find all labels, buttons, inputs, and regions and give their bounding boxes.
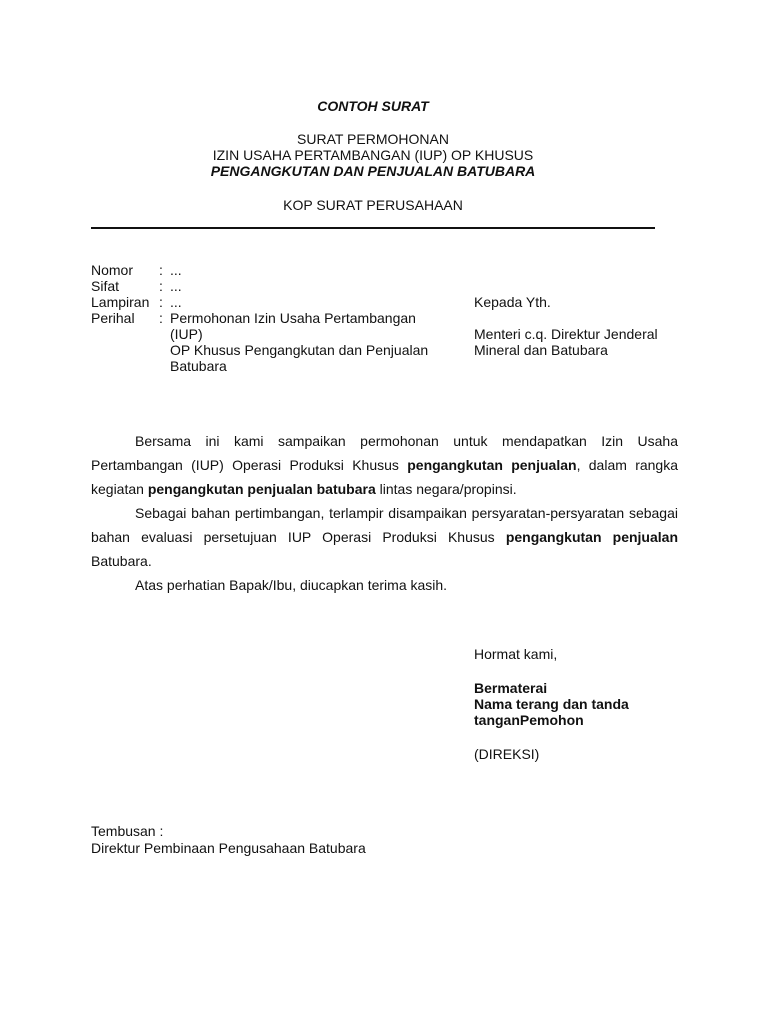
recipient-line-1: Menteri c.q. Direktur Jenderal [474,326,658,342]
meta-colon: : [159,294,170,310]
body-emphasis: pengangkutan penjualan [506,529,678,545]
letter-body: Bersama ini kami sampaikan permohonan un… [91,429,678,597]
title-line-2: IZIN USAHA PERTAMBANGAN (IUP) OP KHUSUS [91,147,655,163]
meta-label: Perihal [91,310,159,374]
letter-metadata: Nomor : ... Sifat : ... Lampiran : ... P… [91,262,430,374]
meta-row-nomor: Nomor : ... [91,262,430,278]
body-emphasis: pengangkutan penjualan [407,457,576,473]
body-text: lintas negara/propinsi. [376,481,517,497]
body-emphasis: pengangkutan penjualan batubara [148,481,376,497]
perihal-line-1: Permohonan Izin Usaha Pertambangan (IUP) [170,310,416,342]
meta-colon: : [159,310,170,374]
letterhead-placeholder: KOP SURAT PERUSAHAAN [91,197,655,213]
signatory-role: (DIREKSI) [474,746,629,762]
meta-label: Sifat [91,278,159,294]
perihal-line-3: Batubara [170,358,227,374]
recipient-line-2: Mineral dan Batubara [474,342,658,358]
body-paragraph-3: Atas perhatian Bapak/Ibu, diucapkan teri… [91,573,678,597]
meta-row-perihal: Perihal : Permohonan Izin Usaha Pertamba… [91,310,430,374]
stamp-note: Bermaterai [474,680,629,696]
meta-value: ... [170,278,430,294]
meta-row-sifat: Sifat : ... [91,278,430,294]
meta-value: Permohonan Izin Usaha Pertambangan (IUP)… [170,310,430,374]
signature-block: Hormat kami, Bermaterai Nama terang dan … [474,646,629,762]
document-label: CONTOH SURAT [91,97,655,115]
signatory-line-1: Nama terang dan tanda [474,696,629,712]
signatory-line-2: tanganPemohon [474,712,629,728]
letterhead-divider [91,227,655,229]
body-paragraph-1: Bersama ini kami sampaikan permohonan un… [91,429,678,501]
body-paragraph-2: Sebagai bahan pertimbangan, terlampir di… [91,501,678,573]
cc-recipient: Direktur Pembinaan Pengusahaan Batubara [91,840,366,857]
title-line-3: PENGANGKUTAN DAN PENJUALAN BATUBARA [91,163,655,179]
meta-value: ... [170,294,430,310]
perihal-line-2: OP Khusus Pengangkutan dan Penjualan [170,342,428,358]
closing-text: Hormat kami, [474,646,629,662]
cc-label: Tembusan : [91,823,366,840]
meta-value: ... [170,262,430,278]
meta-colon: : [159,278,170,294]
meta-colon: : [159,262,170,278]
meta-label: Nomor [91,262,159,278]
recipient-block: Kepada Yth. Menteri c.q. Direktur Jender… [474,294,658,358]
meta-label: Lampiran [91,294,159,310]
letter-title: SURAT PERMOHONAN IZIN USAHA PERTAMBANGAN… [91,131,655,179]
body-text: Batubara. [91,553,152,569]
carbon-copy-block: Tembusan : Direktur Pembinaan Pengusahaa… [91,823,366,857]
title-line-1: SURAT PERMOHONAN [91,131,655,147]
recipient-salutation: Kepada Yth. [474,294,658,310]
meta-row-lampiran: Lampiran : ... [91,294,430,310]
